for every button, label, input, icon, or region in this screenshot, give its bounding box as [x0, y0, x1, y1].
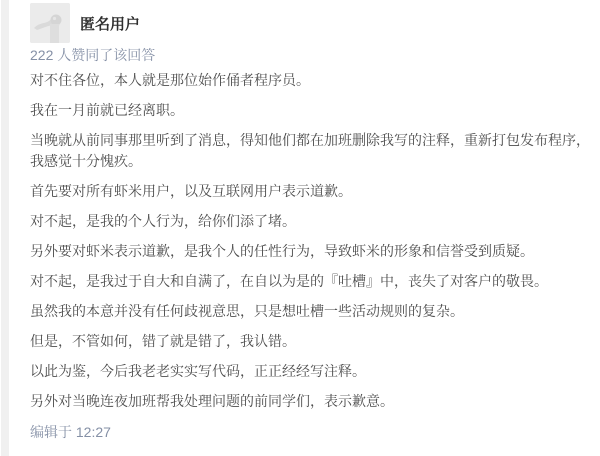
- upvote-count-link[interactable]: 222 人赞同了该回答: [30, 47, 590, 63]
- answer-card: 匿名用户 222 人赞同了该回答 对不住各位，本人就是那位始作俑者程序员。我在一…: [0, 0, 600, 456]
- answer-paragraph: 虽然我的本意并没有任何歧视意思，只是想吐槽一些活动规则的复杂。: [30, 301, 590, 322]
- answer-paragraph: 当晚就从前同事那里听到了消息，得知他们都在加班删除我写的注释，重新打包发布程序，…: [30, 130, 590, 172]
- answer-paragraph: 对不起，是我的个人行为，给你们添了堵。: [30, 211, 590, 232]
- edit-timestamp-link[interactable]: 编辑于 12:27: [30, 424, 590, 441]
- anonymous-avatar[interactable]: [30, 3, 70, 43]
- answer-paragraph: 首先要对所有虾米用户，以及互联网用户表示道歉。: [30, 181, 590, 202]
- author-row: 匿名用户: [30, 3, 590, 43]
- author-name[interactable]: 匿名用户: [80, 13, 140, 34]
- answer-paragraph: 但是，不管如何，错了就是错了，我认错。: [30, 331, 590, 352]
- answer-paragraph: 对不起，是我过于自大和自满了，在自以为是的『吐槽』中，丧失了对客户的敬畏。: [30, 271, 590, 292]
- answer-paragraph: 另外对当晚连夜加班帮我处理问题的前同学们，表示歉意。: [30, 391, 590, 412]
- answer-body: 对不住各位，本人就是那位始作俑者程序员。我在一月前就已经离职。当晚就从前同事那里…: [30, 70, 590, 412]
- anonymous-avatar-icon: [30, 3, 70, 43]
- answer-paragraph: 对不住各位，本人就是那位始作俑者程序员。: [30, 70, 590, 91]
- answer-content: 匿名用户 222 人赞同了该回答 对不住各位，本人就是那位始作俑者程序员。我在一…: [30, 3, 590, 441]
- page-gutter: [1, 0, 9, 456]
- answer-paragraph: 另外要对虾米表示道歉，是我个人的任性行为，导致虾米的形象和信誉受到质疑。: [30, 241, 590, 262]
- answer-paragraph: 我在一月前就已经离职。: [30, 100, 590, 121]
- answer-paragraph: 以此为鉴，今后我老老实实写代码，正正经经写注释。: [30, 361, 590, 382]
